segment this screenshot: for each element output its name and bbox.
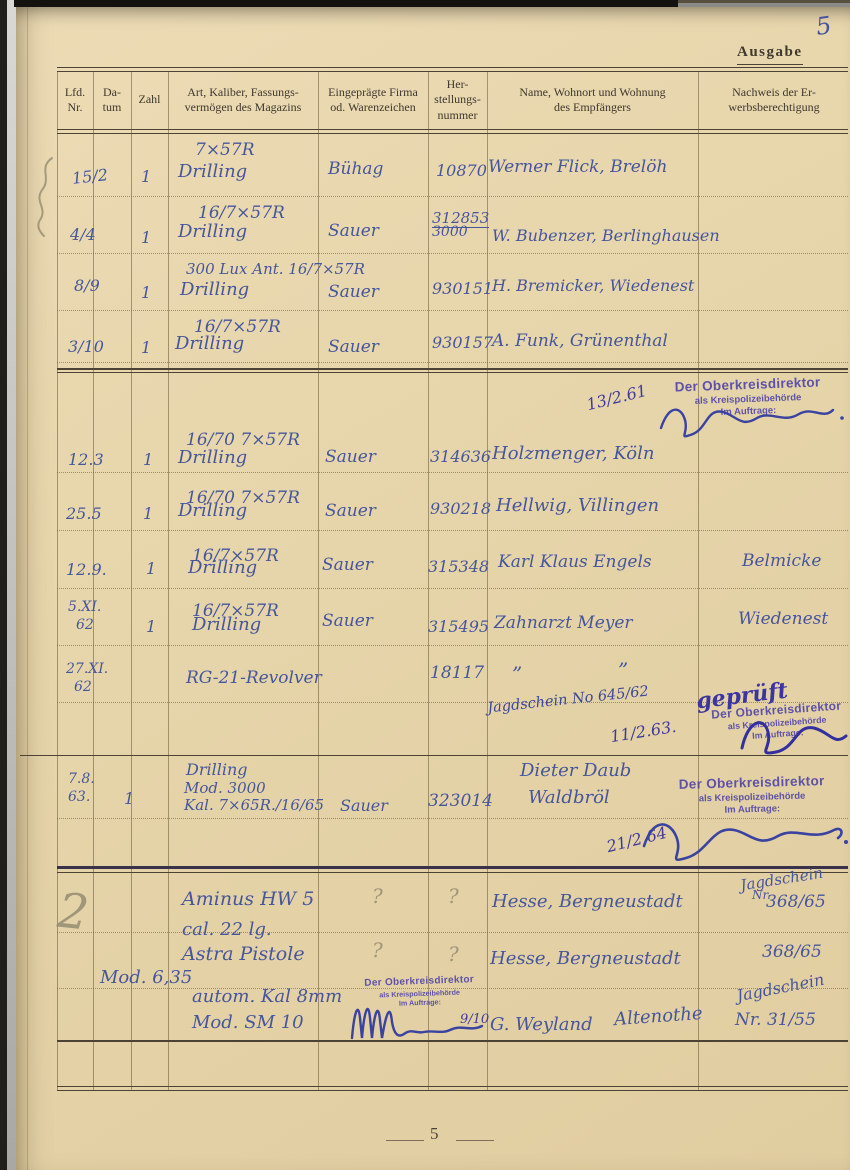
header-datum: Da- tum xyxy=(93,70,131,130)
entry-name: Zahnarzt Meyer xyxy=(494,613,633,633)
section-rule xyxy=(57,368,848,370)
signature xyxy=(736,706,850,766)
row-line xyxy=(57,472,848,473)
entry-zahl: 1 xyxy=(141,283,151,302)
entry-zahl: 1 xyxy=(146,617,156,636)
entry-art-type: RG-21-Revolver xyxy=(186,668,322,688)
entry-firma-unknown: ? xyxy=(372,938,383,962)
table-rule xyxy=(131,71,132,1090)
entry-art-model: Mod. 3000 xyxy=(184,779,266,797)
entry-nummer: 18117 xyxy=(430,663,484,683)
entry-zahl: 1 xyxy=(141,338,151,357)
signature xyxy=(655,392,847,448)
ditto-mark: ” xyxy=(512,662,522,686)
signature xyxy=(636,808,850,872)
entry-firma: Sauer xyxy=(328,221,379,241)
table-rule xyxy=(57,67,848,68)
page-fold-line xyxy=(27,7,28,1170)
entry-art-type: Drilling xyxy=(192,614,261,635)
entry-datum: 12.3 xyxy=(68,450,104,469)
table-rule xyxy=(57,1090,848,1091)
header-nachweis: Nachweis der Er- werbsberechtigung xyxy=(698,70,850,130)
header-herstellungsnummer: Her- stellungs- nummer xyxy=(428,70,487,130)
entry-nummer: 930218 xyxy=(430,499,491,518)
entry-firma: Sauer xyxy=(328,337,379,357)
entry-zahl: 1 xyxy=(124,789,134,808)
header-line: Zahl xyxy=(131,92,168,107)
entry-nummer-alt: 3000 xyxy=(432,224,468,240)
entry-name: G. Weyland xyxy=(490,1014,593,1035)
entry-firma: Sauer xyxy=(340,796,388,815)
entry-name: A. Funk, Grünenthal xyxy=(492,331,668,351)
entry-datum: 25.5 xyxy=(66,504,102,523)
section-rule xyxy=(20,755,848,756)
row-line xyxy=(57,645,848,646)
entry-name: Hellwig, Villingen xyxy=(496,495,659,516)
row-line xyxy=(57,253,848,254)
entry-art-type: Drilling xyxy=(178,221,247,242)
row-line xyxy=(57,588,848,589)
entry-nachweis: 368/65 xyxy=(766,892,826,912)
scan-edge-dark xyxy=(0,0,7,1170)
footer-dash xyxy=(386,1140,424,1141)
entry-name: H. Bremicker, Wiedenest xyxy=(492,276,694,295)
ditto-mark: ” xyxy=(618,658,628,682)
scan-edge-light xyxy=(7,0,16,1170)
header-line: Da- xyxy=(93,85,131,100)
entry-name: Hesse, Bergneustadt xyxy=(490,948,681,969)
header-line: Lfd. xyxy=(57,85,93,100)
entry-name: Werner Flick, Brelöh xyxy=(488,157,667,177)
entry-firma: Sauer xyxy=(322,555,373,575)
row-line xyxy=(57,530,848,531)
entry-art-caliber: cal. 22 lg. xyxy=(182,919,272,940)
entry-art-type: Drilling xyxy=(178,161,247,182)
entry-zahl: 1 xyxy=(143,450,153,469)
entry-nachweis: 368/65 xyxy=(762,942,822,962)
entry-datum-year: 63. xyxy=(68,789,90,805)
entry-firma: Bühag xyxy=(328,159,383,179)
header-line: nummer xyxy=(428,108,487,123)
table-rule xyxy=(168,71,169,1090)
entry-name-ort: Waldbröl xyxy=(528,787,610,808)
header-line: Nachweis der Er- xyxy=(698,85,850,100)
table-rule xyxy=(428,71,429,1090)
entry-firma: Sauer xyxy=(325,447,376,467)
entry-firma: Sauer xyxy=(325,501,376,521)
footer-dash xyxy=(456,1140,494,1141)
header-line: od. Warenzeichen xyxy=(318,100,428,115)
table-rule xyxy=(93,71,94,1090)
entry-name: Holzmenger, Köln xyxy=(492,443,654,464)
header-name-wohnort: Name, Wohnort und Wohnung des Empfängers xyxy=(487,70,698,130)
table-rule xyxy=(318,71,319,1090)
entry-nummer: 930151 xyxy=(432,279,493,298)
entry-art-type: Drilling xyxy=(188,557,257,578)
row-line xyxy=(57,310,848,311)
entry-datum: 4/4 xyxy=(70,225,96,244)
entry-datum-year: 62 xyxy=(76,617,94,633)
header-line: Nr. xyxy=(57,100,93,115)
entry-datum-year: 62 xyxy=(74,679,92,695)
entry-name: Dieter Daub xyxy=(520,760,631,781)
entry-nummer-unknown: ? xyxy=(448,884,459,908)
entry-art-type: Drilling xyxy=(180,279,249,300)
section-rule xyxy=(57,372,848,373)
header-lfd-nr: Lfd. Nr. xyxy=(57,70,93,130)
entry-art-type: Drilling xyxy=(175,333,244,354)
header-line: Eingeprägte Firma xyxy=(318,85,428,100)
entry-art-type: Astra Pistole xyxy=(182,943,305,965)
scan-top-shadow-right xyxy=(678,0,850,3)
header-line: stellungs- xyxy=(428,92,487,107)
entry-nummer: 314636 xyxy=(430,447,491,466)
table-rule xyxy=(698,71,699,1090)
entry-art-type: Aminus HW 5 xyxy=(182,888,314,910)
entry-name: Karl Klaus Engels xyxy=(498,552,652,572)
pencil-margin-mark xyxy=(30,152,64,242)
section-rule xyxy=(57,872,848,873)
entry-art-type: Drilling xyxy=(178,447,247,468)
pencil-lfd-mark: 2 xyxy=(55,883,91,942)
entry-datum: 15/2 xyxy=(71,165,109,188)
entry-datum: 12.9. xyxy=(66,560,107,579)
entry-art-type: autom. Kal 8mm xyxy=(192,986,342,1007)
entry-art-caliber: 300 Lux Ant. 16/7×57R xyxy=(186,260,365,278)
entry-art-caliber: Mod. 6,35 xyxy=(100,967,192,988)
entry-art-type: Drilling xyxy=(178,500,247,521)
row-line xyxy=(57,932,848,933)
entry-name: Hesse, Bergneustadt xyxy=(492,891,683,912)
header-line: vermögen des Magazins xyxy=(168,100,318,115)
header-art-kaliber: Art, Kaliber, Fassungs- vermögen des Mag… xyxy=(168,70,318,130)
entry-zahl: 1 xyxy=(146,559,156,578)
table-rule xyxy=(57,133,848,134)
entry-datum: 3/10 xyxy=(68,337,104,356)
entry-zahl: 1 xyxy=(143,504,153,523)
header-line: tum xyxy=(93,100,131,115)
entry-art-type: Drilling xyxy=(186,760,248,779)
entry-nummer-unknown: ? xyxy=(448,942,459,966)
entry-zahl: 1 xyxy=(141,167,151,186)
stamp-date: 9/10 xyxy=(460,1012,489,1027)
header-firma: Eingeprägte Firma od. Warenzeichen xyxy=(318,70,428,130)
entry-nummer: 323014 xyxy=(428,791,493,811)
entry-nachweis: Nr. 31/55 xyxy=(735,1010,816,1030)
entry-nummer: 315348 xyxy=(428,557,489,576)
header-line: werbsberechtigung xyxy=(698,100,850,115)
header-line: Name, Wohnort und Wohnung xyxy=(487,85,698,100)
entry-datum: 8/9 xyxy=(74,276,100,295)
entry-art-caliber: 16/7×57R xyxy=(198,203,285,223)
entry-art-caliber: 7×57R xyxy=(195,140,255,160)
entry-datum: 7.8. xyxy=(68,771,95,787)
entry-firma: Sauer xyxy=(322,611,373,631)
entry-nummer: 315495 xyxy=(428,617,489,636)
entry-nachweis: Belmicke xyxy=(742,551,821,571)
table-rule xyxy=(57,1086,848,1087)
entry-firma: Sauer xyxy=(328,282,379,302)
scan-top-shadow xyxy=(14,0,678,7)
entry-nachweis: Wiedenest xyxy=(738,609,828,629)
entry-firma-unknown: ? xyxy=(372,884,383,908)
header-line: des Empfängers xyxy=(487,100,698,115)
row-line xyxy=(57,362,848,363)
section-label: Ausgabe xyxy=(737,44,803,65)
entry-art-model: Mod. SM 10 xyxy=(192,1012,304,1033)
header-line: Her- xyxy=(428,77,487,92)
entry-art-caliber: Kal. 7×65R./16/65 xyxy=(184,796,324,814)
entry-datum: 5.XI. xyxy=(68,599,101,615)
entry-nummer: 930157 xyxy=(432,333,493,352)
header-zahl: Zahl xyxy=(131,70,168,130)
page-number-bottom: 5 xyxy=(430,1124,439,1144)
entry-name: W. Bubenzer, Berlinghausen xyxy=(492,226,720,245)
entry-zahl: 1 xyxy=(141,228,151,247)
entry-datum: 27.XI. xyxy=(66,661,108,677)
scanned-ledger-page: 5 Ausgabe Lfd. Nr. Da- tum Zahl Art, Kal… xyxy=(0,0,850,1170)
header-line: Art, Kaliber, Fassungs- xyxy=(168,85,318,100)
entry-nummer: 10870 xyxy=(436,161,487,180)
row-line xyxy=(57,196,848,197)
